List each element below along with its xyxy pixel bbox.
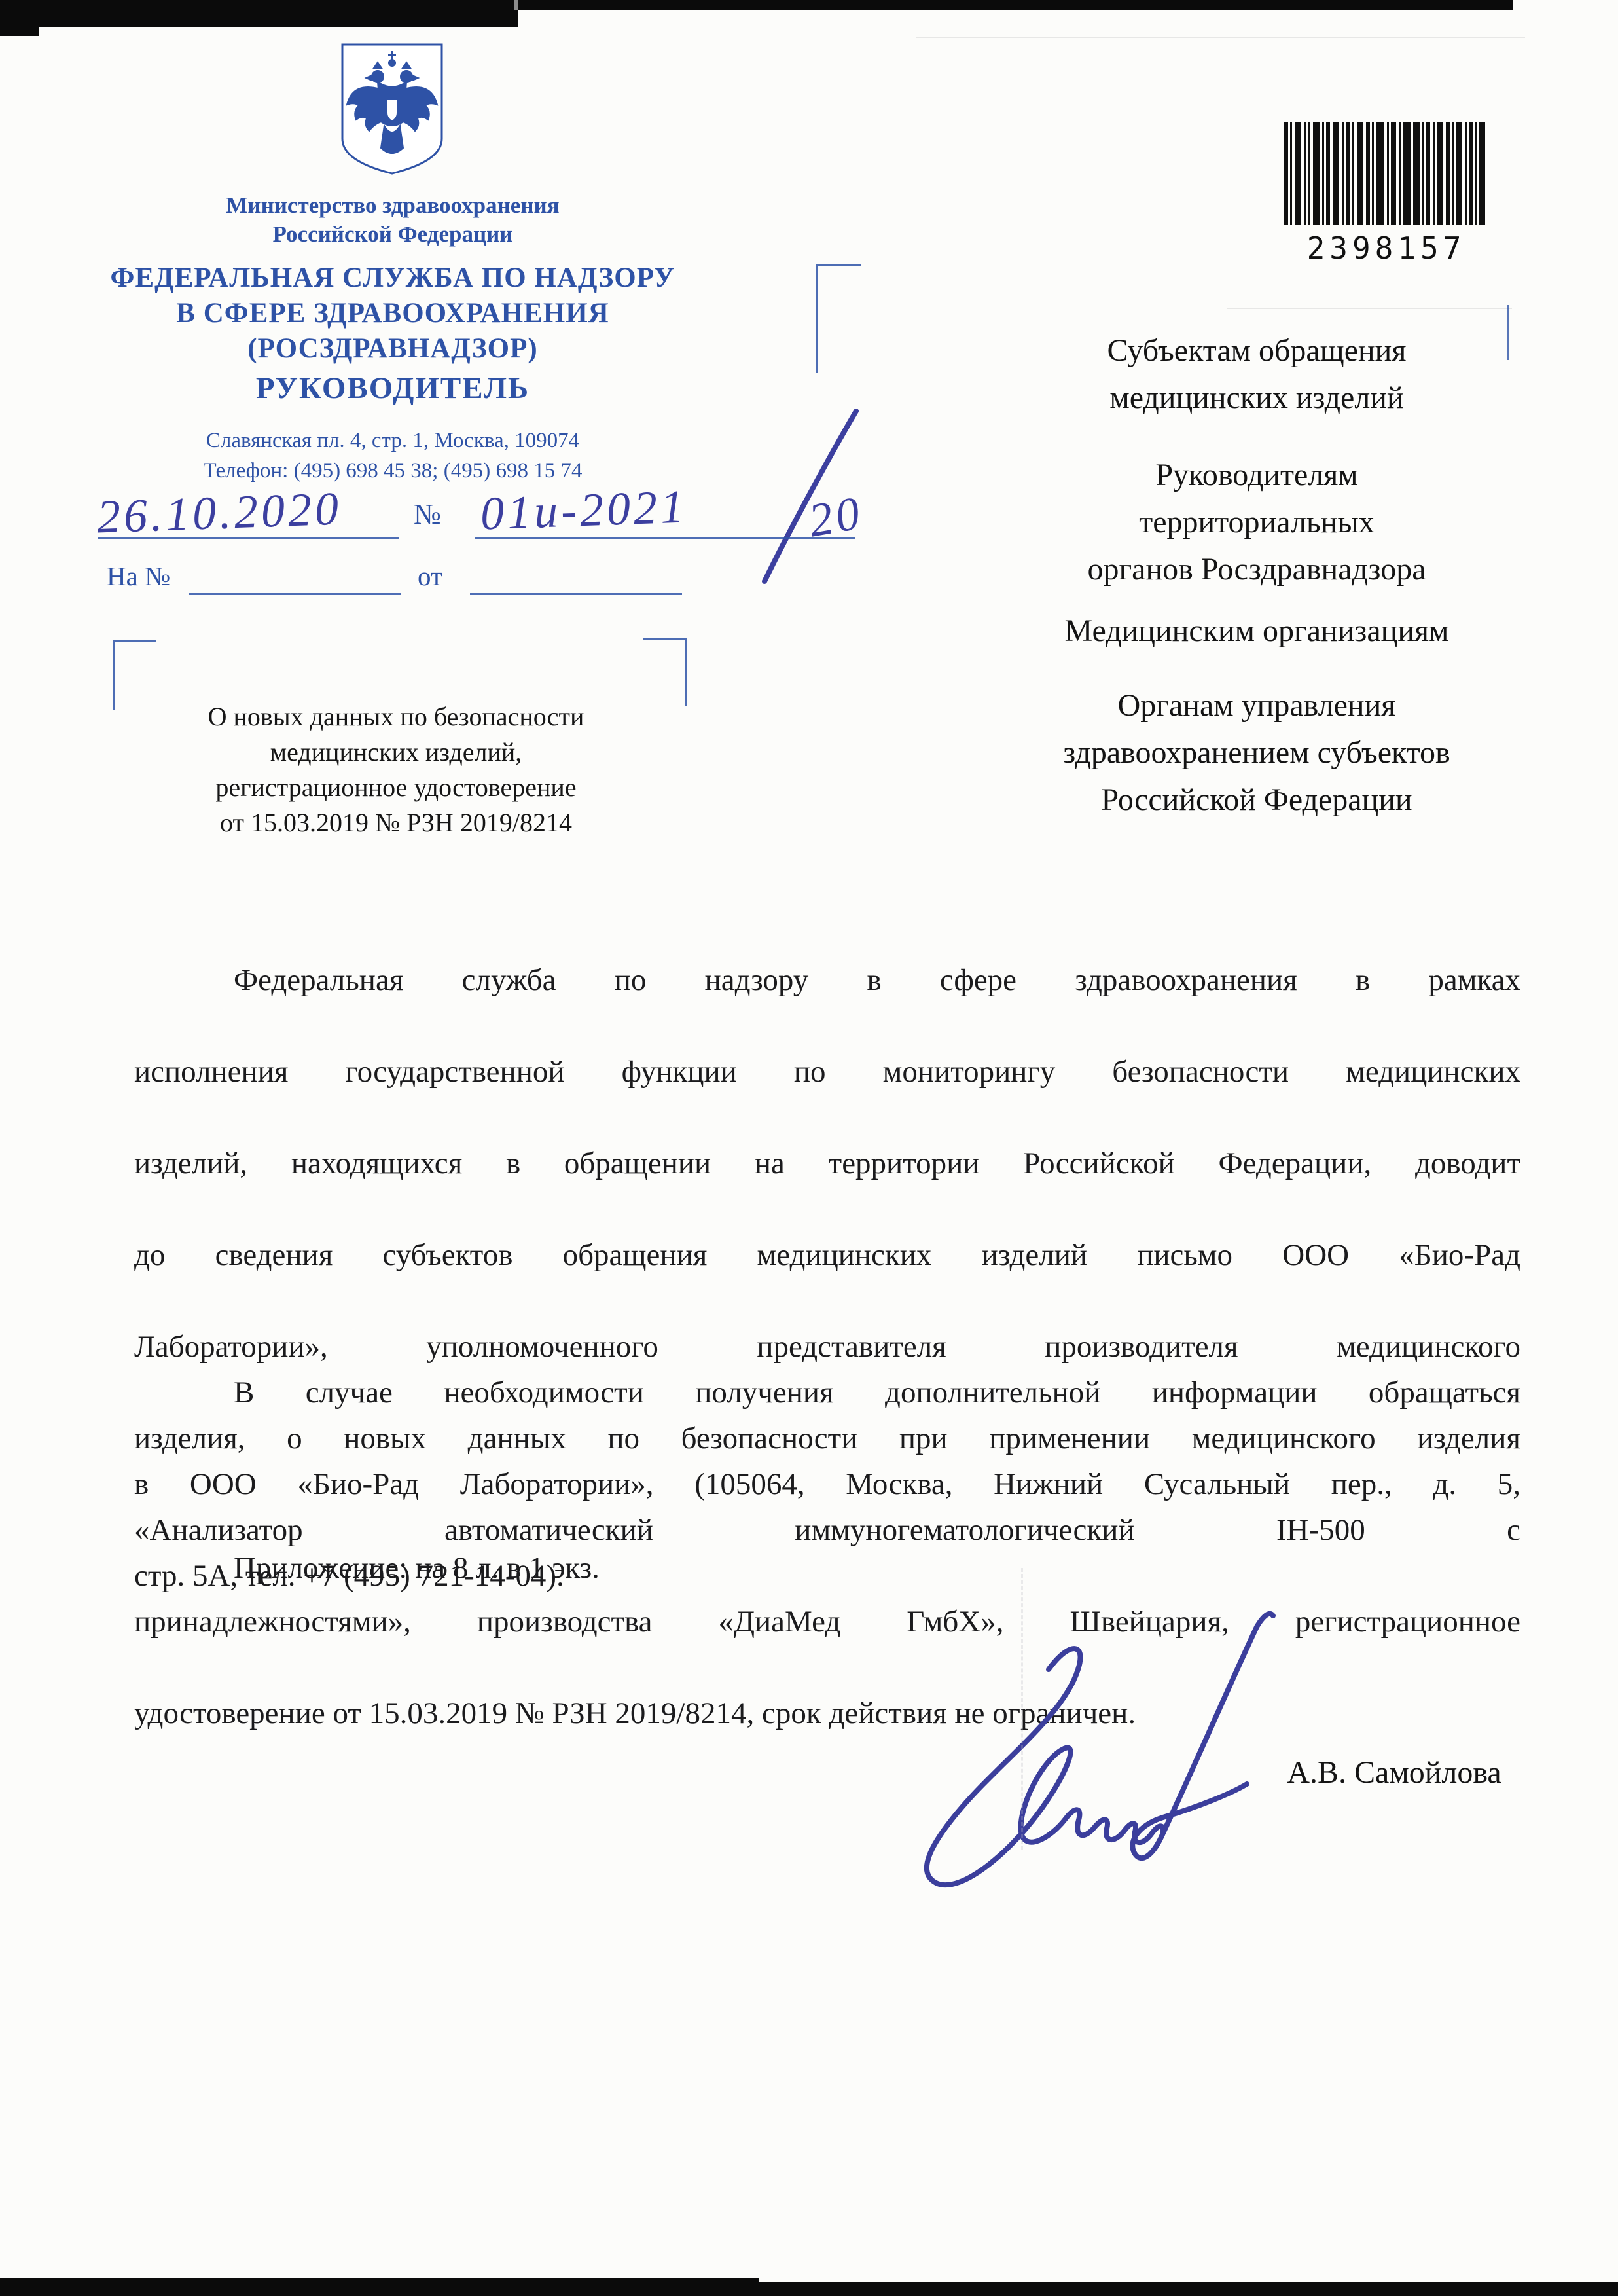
agency-name: ФЕДЕРАЛЬНАЯ СЛУЖБА ПО НАДЗОРУ В СФЕРЕ ЗД… — [59, 261, 727, 367]
date-underline — [98, 537, 399, 539]
agency-address: Славянская пл. 4, стр. 1, Москва, 109074 — [59, 426, 727, 456]
scan-top-corner — [0, 0, 39, 36]
reply-from-label: от — [418, 560, 442, 592]
agency-line-3: (РОСЗДРАВНАДЗОР) — [59, 331, 727, 367]
recipient-line: Субъектам обращения — [936, 327, 1577, 374]
letter-page: Министерство здравоохранения Российской … — [0, 0, 1618, 2296]
recipient-line: здравоохранением субъектов — [936, 729, 1577, 776]
body-line: изделий, находящихся в обращении на терр… — [134, 1140, 1520, 1232]
ministry-name: Министерство здравоохранения Российской … — [59, 191, 727, 249]
scan-top-bar-thick — [0, 0, 518, 27]
body-line: В случае необходимости получения дополни… — [134, 1370, 1520, 1461]
agency-line-2: В СФЕРЕ ЗДРАВООХРАНЕНИЯ — [59, 296, 727, 331]
scan-faint-line — [916, 37, 1525, 38]
recipient-group-4: Органам управления здравоохранением субъ… — [936, 682, 1577, 824]
signer-name: А.В. Самойлова — [1244, 1755, 1545, 1791]
handwritten-date: 26.10.2020 — [96, 481, 343, 544]
recipient-line: Органам управления — [936, 682, 1577, 729]
recipient-group-1: Субъектам обращения медицинских изделий — [936, 327, 1577, 422]
barcode — [1284, 122, 1488, 225]
sticker-edge-line — [1227, 308, 1512, 309]
position-title: РУКОВОДИТЕЛЬ — [59, 371, 727, 406]
recipient-group-2: Руководителям территориальных органов Ро… — [936, 452, 1577, 593]
body-line: Федеральная служба по надзору в сфере зд… — [134, 957, 1520, 1049]
scan-bottom-bar-left — [0, 2278, 759, 2296]
recipient-line: территориальных — [936, 499, 1577, 546]
subject-line-1: О новых данных по безопасности — [147, 699, 645, 735]
subject-block: О новых данных по безопасности медицинск… — [147, 699, 645, 841]
ministry-line-2: Российской Федерации — [59, 220, 727, 249]
handwritten-signature — [890, 1591, 1414, 1899]
agency-line-1: ФЕДЕРАЛЬНАЯ СЛУЖБА ПО НАДЗОРУ — [59, 261, 727, 296]
barcode-number: 2398157 — [1284, 230, 1488, 266]
number-underline — [475, 537, 855, 539]
subject-line-3: регистрационное удостоверение — [147, 770, 645, 805]
subject-line-2: медицинских изделий, — [147, 735, 645, 770]
handwritten-number-suffix: 20 — [804, 486, 867, 549]
subject-line-4: от 15.03.2019 № РЗН 2019/8214 — [147, 805, 645, 841]
body-line: исполнения государственной функции по мо… — [134, 1049, 1520, 1140]
recipient-line: медицинских изделий — [936, 374, 1577, 422]
scan-vertical-artifact — [1021, 1568, 1023, 1850]
recipient-line: Российской Федерации — [936, 776, 1577, 824]
reply-number-label: На № — [107, 560, 170, 592]
ministry-line-1: Министерство здравоохранения — [59, 191, 727, 220]
body-line: до сведения субъектов обращения медицинс… — [134, 1232, 1520, 1324]
body-line: в ООО «Био-Рад Лаборатории», (105064, Мо… — [134, 1461, 1520, 1553]
reply-from-underline — [470, 593, 682, 595]
attachment-note: Приложение: на 8 л. в 1 экз. — [134, 1545, 1520, 1591]
handwritten-number: 01и-2021 — [480, 480, 689, 541]
subject-corner-right — [643, 638, 687, 706]
scan-seam — [514, 0, 518, 10]
coat-of-arms-icon — [339, 42, 445, 176]
recipient-line: органов Росздравнадзора — [936, 546, 1577, 593]
number-sign: № — [414, 498, 441, 531]
recipient-corner-left — [816, 264, 861, 373]
reply-number-underline — [189, 593, 401, 595]
recipient-group-3: Медицинским организациям — [936, 608, 1577, 655]
recipient-line: Руководителям — [936, 452, 1577, 499]
recipient-line: Медицинским организациям — [936, 608, 1577, 655]
